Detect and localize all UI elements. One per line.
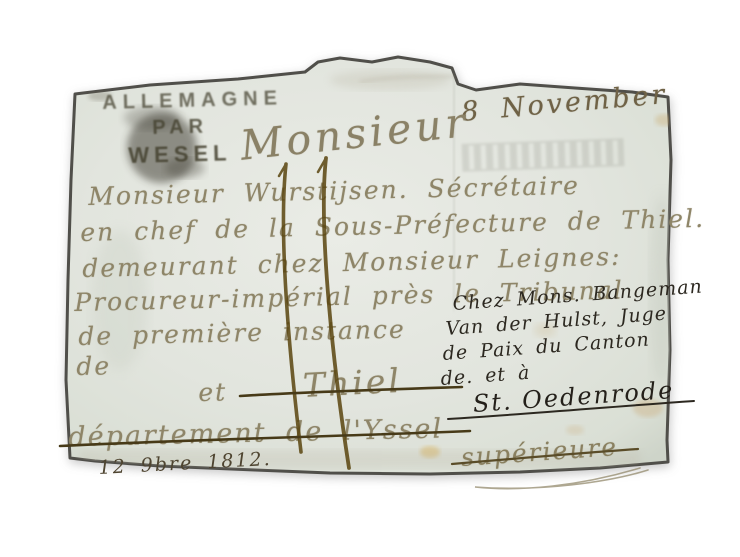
handstamp-par-line: PAR bbox=[152, 116, 208, 140]
faint-handstamp-impression bbox=[462, 138, 625, 172]
address-line-et: et bbox=[198, 377, 227, 407]
handstamp-allemagne-line: ALLEMAGNE bbox=[102, 87, 283, 115]
address-line-de: de bbox=[76, 351, 111, 381]
crossed-out-town-thiel: Thiel bbox=[302, 361, 403, 405]
photo-of-old-letter: ALLEMAGNE PAR WESEL 8 November Monsieur … bbox=[0, 0, 740, 557]
handstamp-wesel-line: WESEL bbox=[128, 140, 232, 169]
